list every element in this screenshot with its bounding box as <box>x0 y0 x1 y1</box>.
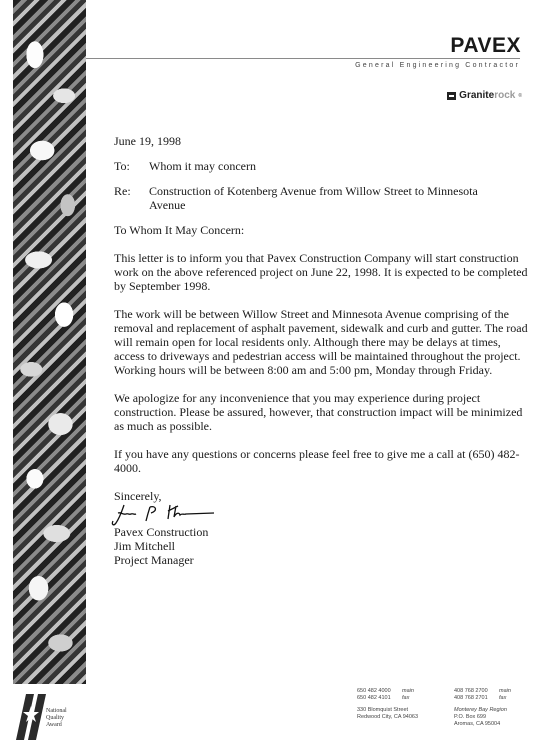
registered-mark: ® <box>518 93 522 99</box>
closing: Sincerely, <box>114 489 534 503</box>
to-line: To: Whom it may concern <box>114 159 534 173</box>
re-line: Re: Construction of Kotenberg Avenue fro… <box>114 184 534 212</box>
award-text: National Quality Award <box>46 708 67 729</box>
address-line-1: P.O. Box 699 <box>454 714 511 721</box>
quality-award-badge: National Quality Award <box>12 692 92 742</box>
signature-icon <box>110 503 220 527</box>
main-label: main <box>499 688 511 695</box>
header-rule <box>86 58 520 59</box>
salutation: To Whom It May Concern: <box>114 223 534 237</box>
signature <box>110 503 534 525</box>
rock-texture-strip <box>13 0 86 684</box>
letter-date: June 19, 1998 <box>114 134 534 148</box>
region-name: Monterey Bay Region <box>454 707 511 714</box>
main-phone: 408 768 2700 <box>454 688 499 695</box>
fax-number: 650 482 4101 <box>357 695 402 702</box>
paragraph-3: We apologize for any inconvenience that … <box>114 391 534 433</box>
company-logo: PAVEX <box>450 34 521 58</box>
signer-title: Project Manager <box>114 553 534 567</box>
paragraph-4: If you have any questions or concerns pl… <box>114 447 534 475</box>
paragraph-1: This letter is to inform you that Pavex … <box>114 251 534 293</box>
address-line-2: Aromas, CA 95004 <box>454 721 511 728</box>
partner-logo: Graniterock® <box>447 90 522 101</box>
address-line-2: Redwood City, CA 94063 <box>357 714 418 721</box>
contact-redwood-city: 650 482 4000main 650 482 4101fax 330 Blo… <box>357 688 418 721</box>
partner-logo-bold: Granite <box>459 90 494 101</box>
main-phone: 650 482 4000 <box>357 688 402 695</box>
partner-logo-light: rock <box>494 90 515 101</box>
re-label: Re: <box>114 184 149 212</box>
letter-body: June 19, 1998 To: Whom it may concern Re… <box>114 134 534 567</box>
signer-name: Jim Mitchell <box>114 539 534 553</box>
main-label: main <box>402 688 414 695</box>
re-value: Construction of Kotenberg Avenue from Wi… <box>149 184 534 212</box>
to-value: Whom it may concern <box>149 159 534 173</box>
award-line-1: National <box>46 708 67 715</box>
graniterock-mark-icon <box>447 92 456 100</box>
fax-label: fax <box>402 695 409 702</box>
company-tagline: General Engineering Contractor <box>355 62 520 69</box>
fax-number: 408 768 2701 <box>454 695 499 702</box>
address-line-1: 330 Blomquist Street <box>357 707 418 714</box>
award-line-2: Quality <box>46 715 67 722</box>
signer-company: Pavex Construction <box>114 525 534 539</box>
contact-monterey-bay: 408 768 2700main 408 768 2701fax Montere… <box>454 688 511 728</box>
award-line-3: Award <box>46 722 67 729</box>
paragraph-2: The work will be between Willow Street a… <box>114 307 534 377</box>
fax-label: fax <box>499 695 506 702</box>
to-label: To: <box>114 159 149 173</box>
